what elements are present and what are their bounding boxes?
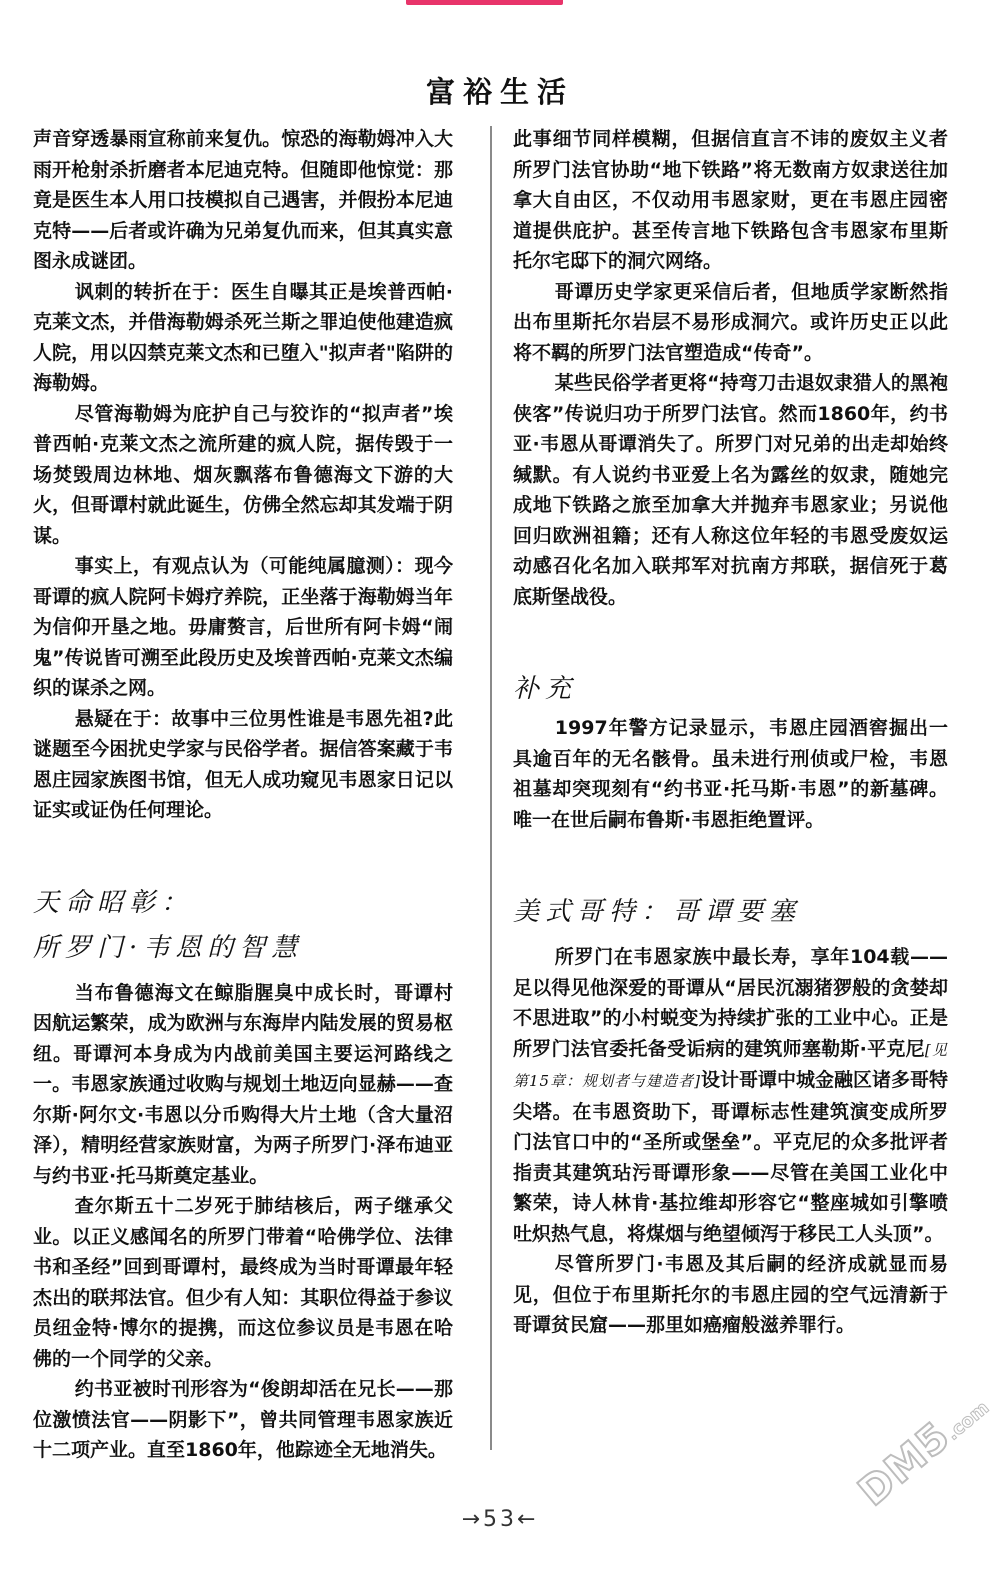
spacer xyxy=(33,826,453,882)
paragraph-text: 设计哥谭中城金融区诸多哥特尖塔。在韦恩资助下，哥谭标志性建筑演变成所罗门法官口中… xyxy=(513,1069,948,1245)
spacer xyxy=(513,612,948,668)
column-divider xyxy=(490,126,492,1450)
section-heading-american-gothic: 美式哥特：哥谭要塞 xyxy=(513,891,948,928)
paragraph: 声音穿透暴雨宣称前来复仇。惊恐的海勒姆冲入大雨开枪射杀折磨者本尼迪克特。但随即他… xyxy=(33,124,453,277)
paragraph: 约书亚被时刊形容为“俊朗却活在兄长——那位激愤法官——阴影下”，曾共同管理韦恩家… xyxy=(33,1374,453,1466)
paragraph: 哥谭历史学家更采信后者，但地质学家断然指出布里斯托尔岩层不易形成洞穴。或许历史正… xyxy=(513,277,948,369)
paragraph: 此事细节同样模糊，但据信直言不讳的废奴主义者所罗门法官协助“地下铁路”将无数南方… xyxy=(513,124,948,277)
paragraph: 1997年警方记录显示，韦恩庄园酒窖掘出一具逾百年的无名骸骨。虽未进行刑侦或尸检… xyxy=(513,713,948,835)
section-subheading-solomon-wisdom: 所罗门·韦恩的智慧 xyxy=(33,927,453,964)
paragraph: 尽管所罗门·韦恩及其后嗣的经济成就显而易见，但位于布里斯托尔的韦恩庄园的空气远清… xyxy=(513,1249,948,1341)
paragraph-text: 所罗门在韦恩家族中最长寿，享年104载——足以得见他深爱的哥谭从“居民沉溺猪猡般… xyxy=(513,946,948,1060)
paragraph: 讽刺的转折在于：医生自曝其正是埃普西帕·克莱文杰，并借海勒姆杀死兰斯之罪迫使他建… xyxy=(33,277,453,399)
spacer xyxy=(513,835,948,891)
paragraph: 事实上，有观点认为（可能纯属臆测）：现今哥谭的疯人院阿卡姆疗养院，正坐落于海勒姆… xyxy=(33,551,453,704)
page-number: →53← xyxy=(0,1507,1000,1532)
spacer xyxy=(513,928,948,942)
paragraph: 悬疑在于：故事中三位男性谁是韦恩先祖?此谜题至今困扰史学家与民俗学者。据信答案藏… xyxy=(33,704,453,826)
spacer xyxy=(33,964,453,978)
paragraph: 某些民俗学者更将“持弯刀击退奴隶猎人的黑袍侠客”传说归功于所罗门法官。然而186… xyxy=(513,368,948,612)
page-number-value: 53 xyxy=(483,1507,517,1532)
paragraph: 所罗门在韦恩家族中最长寿，享年104载——足以得见他深爱的哥谭从“居民沉溺猪猡般… xyxy=(513,942,948,1249)
paragraph: 当布鲁德海文在鲸脂腥臭中成长时，哥谭村因航运繁荣，成为欧洲与东海岸内陆发展的贸易… xyxy=(33,978,453,1192)
section-heading-manifest-destiny: 天命昭彰： xyxy=(33,882,453,919)
arrow-right-icon: → xyxy=(462,1507,483,1532)
watermark-domain: .com xyxy=(942,1397,993,1444)
section-heading-supplement: 补充 xyxy=(513,668,948,705)
right-column: 此事细节同样模糊，但据信直言不讳的废奴主义者所罗门法官协助“地下铁路”将无数南方… xyxy=(513,124,948,1341)
paragraph: 查尔斯五十二岁死于肺结核后，两子继承父业。以正义感闻名的所罗门带着“哈佛学位、法… xyxy=(33,1191,453,1374)
arrow-left-icon: ← xyxy=(517,1507,538,1532)
paragraph: 尽管海勒姆为庇护自己与狡诈的“拟声者”埃普西帕·克莱文杰之流所建的疯人院，据传毁… xyxy=(33,399,453,552)
chapter-tab-accent xyxy=(406,0,563,5)
watermark-logo: DM5.com xyxy=(850,1382,996,1515)
left-column: 声音穿透暴雨宣称前来复仇。惊恐的海勒姆冲入大雨开枪射杀折磨者本尼迪克特。但随即他… xyxy=(33,124,453,1466)
page-title: 富裕生活 xyxy=(0,70,1000,111)
